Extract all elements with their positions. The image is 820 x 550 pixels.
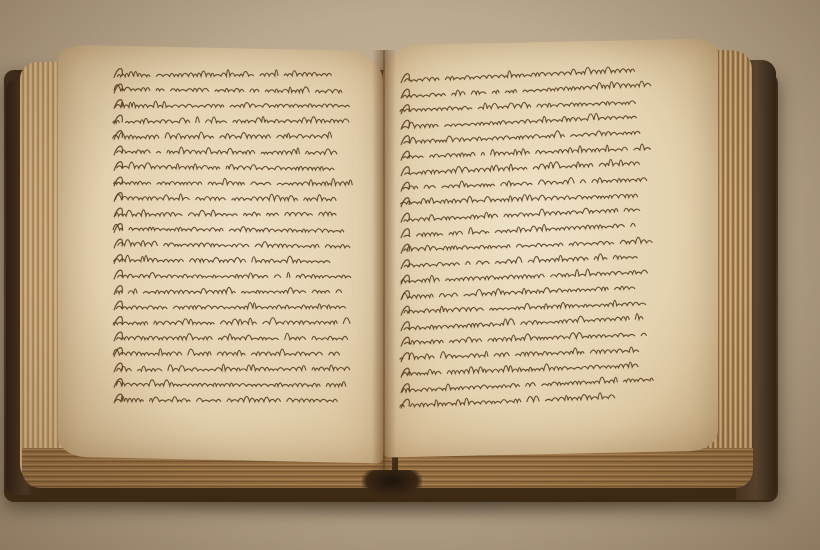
photo-scene <box>0 0 820 550</box>
right-page <box>383 38 718 457</box>
book-spine <box>362 470 422 498</box>
left-page-handwriting <box>110 64 360 420</box>
right-page-handwriting <box>397 64 662 421</box>
page-gutter <box>372 50 396 470</box>
left-page <box>58 45 383 464</box>
